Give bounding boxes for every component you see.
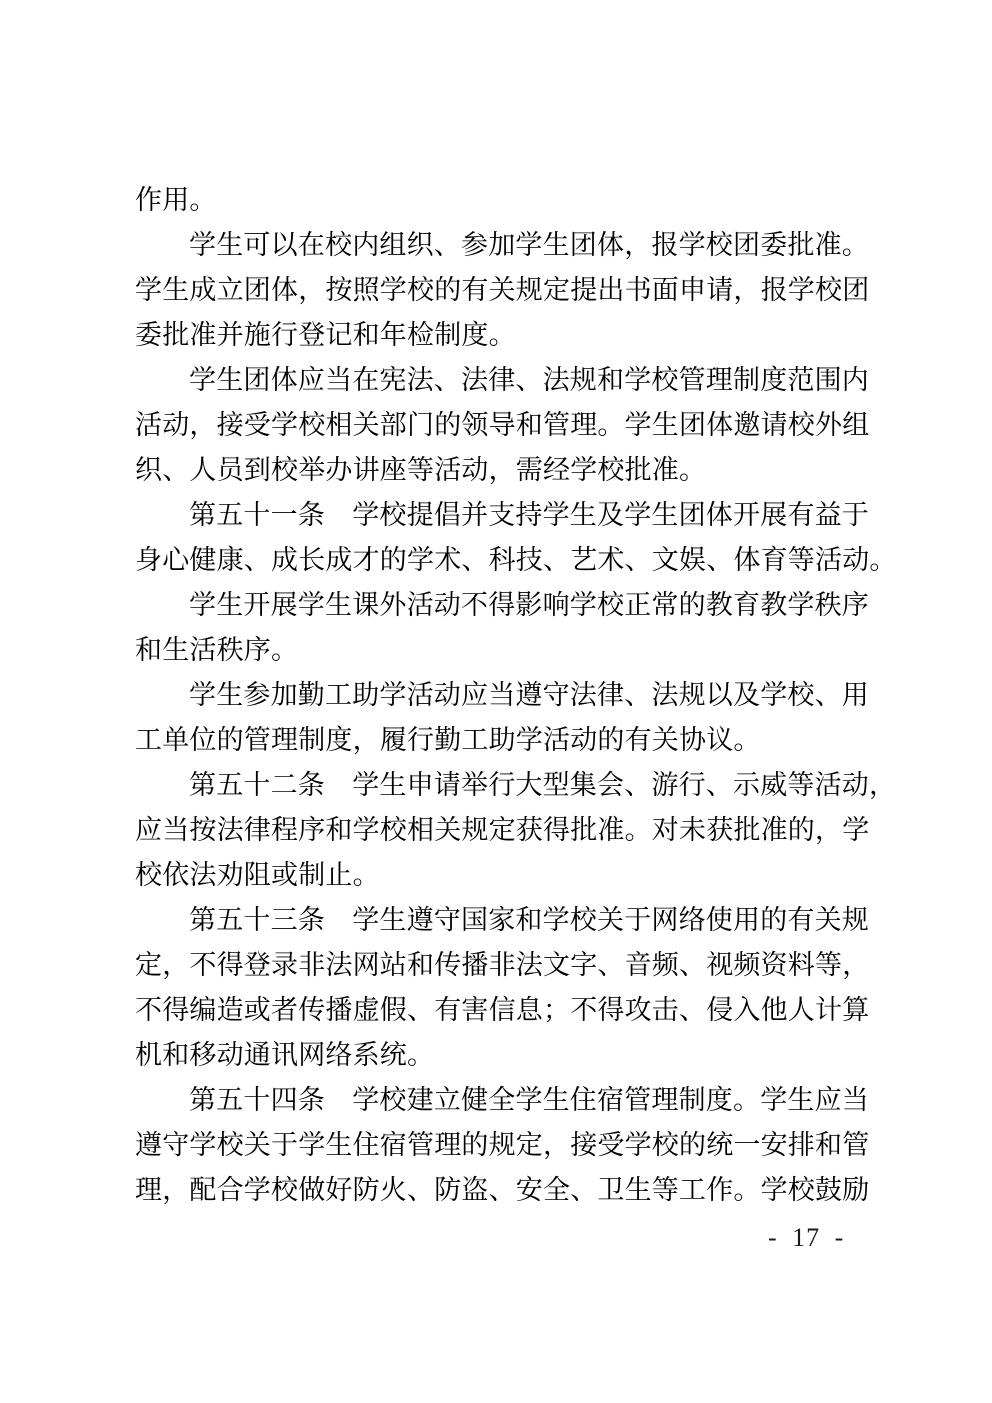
- text-line: 第五十四条 学校建立健全学生住宿管理制度。学生应当: [135, 1078, 870, 1123]
- text-line: 定，不得登录非法网站和传播非法文字、音频、视频资料等，: [135, 943, 870, 988]
- text-line: 委批准并施行登记和年检制度。: [135, 313, 870, 358]
- text-line: 身心健康、成长成才的学术、科技、艺术、文娱、体育等活动。: [135, 538, 870, 583]
- text-line: 织、人员到校举办讲座等活动，需经学校批准。: [135, 448, 870, 493]
- text-line: 理，配合学校做好防火、防盗、安全、卫生等工作。学校鼓励: [135, 1168, 870, 1213]
- page-number: - 17 -: [768, 1222, 878, 1254]
- text-line: 第五十二条 学生申请举行大型集会、游行、示威等活动，: [135, 763, 870, 808]
- text-line: 学生成立团体，按照学校的有关规定提出书面申请，报学校团: [135, 268, 870, 313]
- text-line: 应当按法律程序和学校相关规定获得批准。对未获批准的，学: [135, 808, 870, 853]
- text-line: 遵守学校关于学生住宿管理的规定，接受学校的统一安排和管: [135, 1123, 870, 1168]
- text-line: 机和移动通讯网络系统。: [135, 1033, 870, 1078]
- text-line: 第五十一条 学校提倡并支持学生及学生团体开展有益于: [135, 493, 870, 538]
- text-line: 工单位的管理制度，履行勤工助学活动的有关协议。: [135, 718, 870, 763]
- text-line: 学生可以在校内组织、参加学生团体，报学校团委批准。: [135, 223, 870, 268]
- text-line: 作用。: [135, 178, 870, 223]
- text-block: 作用。学生可以在校内组织、参加学生团体，报学校团委批准。学生成立团体，按照学校的…: [135, 178, 870, 1213]
- document-page: 作用。学生可以在校内组织、参加学生团体，报学校团委批准。学生成立团体，按照学校的…: [0, 0, 992, 1403]
- text-line: 活动，接受学校相关部门的领导和管理。学生团体邀请校外组: [135, 403, 870, 448]
- text-line: 学生团体应当在宪法、法律、法规和学校管理制度范围内: [135, 358, 870, 403]
- text-line: 学生开展学生课外活动不得影响学校正常的教育教学秩序: [135, 583, 870, 628]
- text-line: 校依法劝阻或制止。: [135, 853, 870, 898]
- text-line: 不得编造或者传播虚假、有害信息；不得攻击、侵入他人计算: [135, 988, 870, 1033]
- text-line: 学生参加勤工助学活动应当遵守法律、法规以及学校、用: [135, 673, 870, 718]
- text-line: 和生活秩序。: [135, 628, 870, 673]
- text-line: 第五十三条 学生遵守国家和学校关于网络使用的有关规: [135, 898, 870, 943]
